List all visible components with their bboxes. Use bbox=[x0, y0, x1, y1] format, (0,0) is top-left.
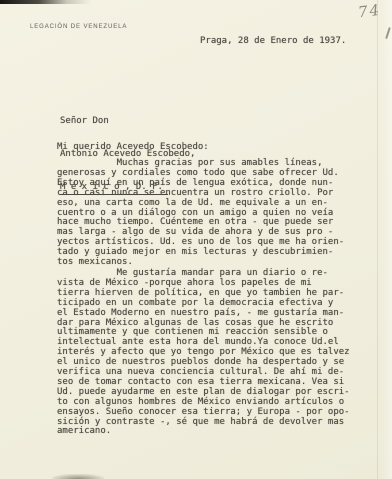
scan-top-edge-mark bbox=[0, 0, 96, 4]
scan-bottom-smudge bbox=[52, 474, 104, 479]
paragraph-1: Muchas gracias por sus amables líneas, g… bbox=[57, 159, 357, 268]
letterhead-text: LEGACIÓN DE VENEZUELA bbox=[30, 24, 127, 30]
dateline: Praga, 28 de Enero de 1937. bbox=[200, 36, 346, 47]
recipient-line-honorific: Señor Don bbox=[60, 116, 195, 127]
paragraph-2: Me gustaría mandar para un diario o re- … bbox=[57, 269, 357, 437]
salutation: Mi querido Acevedo Escobedo: bbox=[57, 142, 209, 153]
page-number-annotation: 74 bbox=[357, 1, 382, 22]
letter-page: LEGACIÓN DE VENEZUELA 74 Praga, 28 de En… bbox=[0, 0, 392, 479]
paper-crease bbox=[377, 0, 378, 479]
letter-body: Muchas gracias por sus amables líneas, g… bbox=[57, 159, 357, 437]
paper-right-edge bbox=[382, 0, 392, 479]
